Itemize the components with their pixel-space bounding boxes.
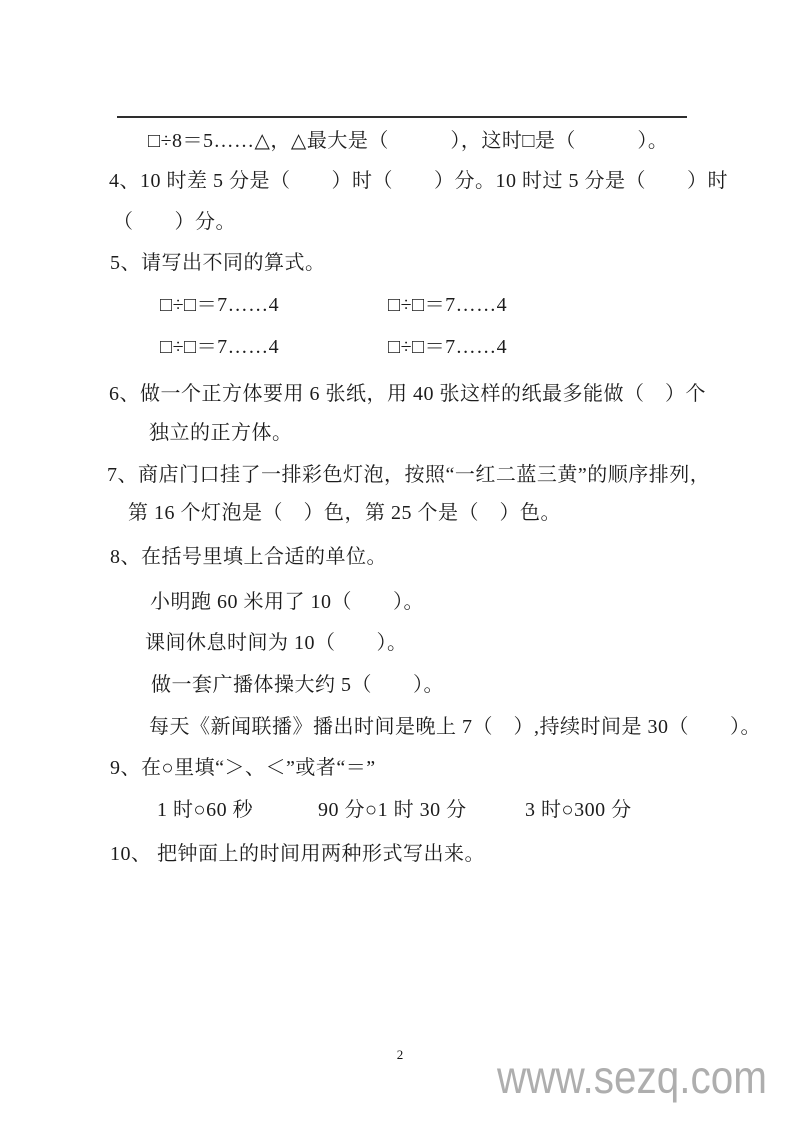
question-10-title: 10、 把钟面上的时间用两种形式写出来。 <box>110 841 485 868</box>
question-3-remainder-line: □÷8＝5……△，△最大是（ ），这时□是（ ）。 <box>148 128 668 155</box>
question-9-item-1: 1 时○60 秒 <box>157 797 253 824</box>
question-7-line-1: 7、商店门口挂了一排彩色灯泡，按照“一红二蓝三黄”的顺序排列， <box>107 462 710 489</box>
question-9-title: 9、在○里填“＞、＜”或者“＝” <box>110 755 376 782</box>
question-5-equation-2: □÷□＝7……4 <box>388 292 507 319</box>
question-7-line-2: 第 16 个灯泡是（ ）色，第 25 个是（ ）色。 <box>128 500 561 527</box>
question-4-line-1: 4、10 时差 5 分是（ ）时（ ）分。10 时过 5 分是（ ）时 <box>109 168 728 195</box>
question-9-item-3: 3 时○300 分 <box>525 797 632 824</box>
question-9-item-2: 90 分○1 时 30 分 <box>318 797 467 824</box>
question-8-title: 8、在括号里填上合适的单位。 <box>110 544 387 571</box>
question-5-title: 5、请写出不同的算式。 <box>110 250 326 277</box>
question-4-line-2: （ ）分。 <box>113 209 236 236</box>
question-6-line-1: 6、做一个正方体要用 6 张纸，用 40 张这样的纸最多能做（ ）个 <box>109 381 706 408</box>
worksheet-page: □÷8＝5……△，△最大是（ ），这时□是（ ）。 4、10 时差 5 分是（ … <box>0 0 800 1131</box>
question-8-item-1: 小明跑 60 米用了 10（ ）。 <box>150 589 424 616</box>
question-6-line-2: 独立的正方体。 <box>149 420 293 447</box>
watermark: www.sezq.com <box>497 1052 767 1102</box>
question-5-equation-3: □÷□＝7……4 <box>160 334 279 361</box>
page-number: 2 <box>388 1047 412 1063</box>
question-8-item-3: 做一套广播体操大约 5（ ）。 <box>151 672 444 699</box>
top-divider <box>117 116 687 118</box>
question-5-equation-4: □÷□＝7……4 <box>388 334 507 361</box>
question-8-item-2: 课间休息时间为 10（ ）。 <box>145 630 408 657</box>
question-8-item-4: 每天《新闻联播》播出时间是晚上 7（ ）,持续时间是 30（ ）。 <box>149 714 761 741</box>
question-5-equation-1: □÷□＝7……4 <box>160 292 279 319</box>
